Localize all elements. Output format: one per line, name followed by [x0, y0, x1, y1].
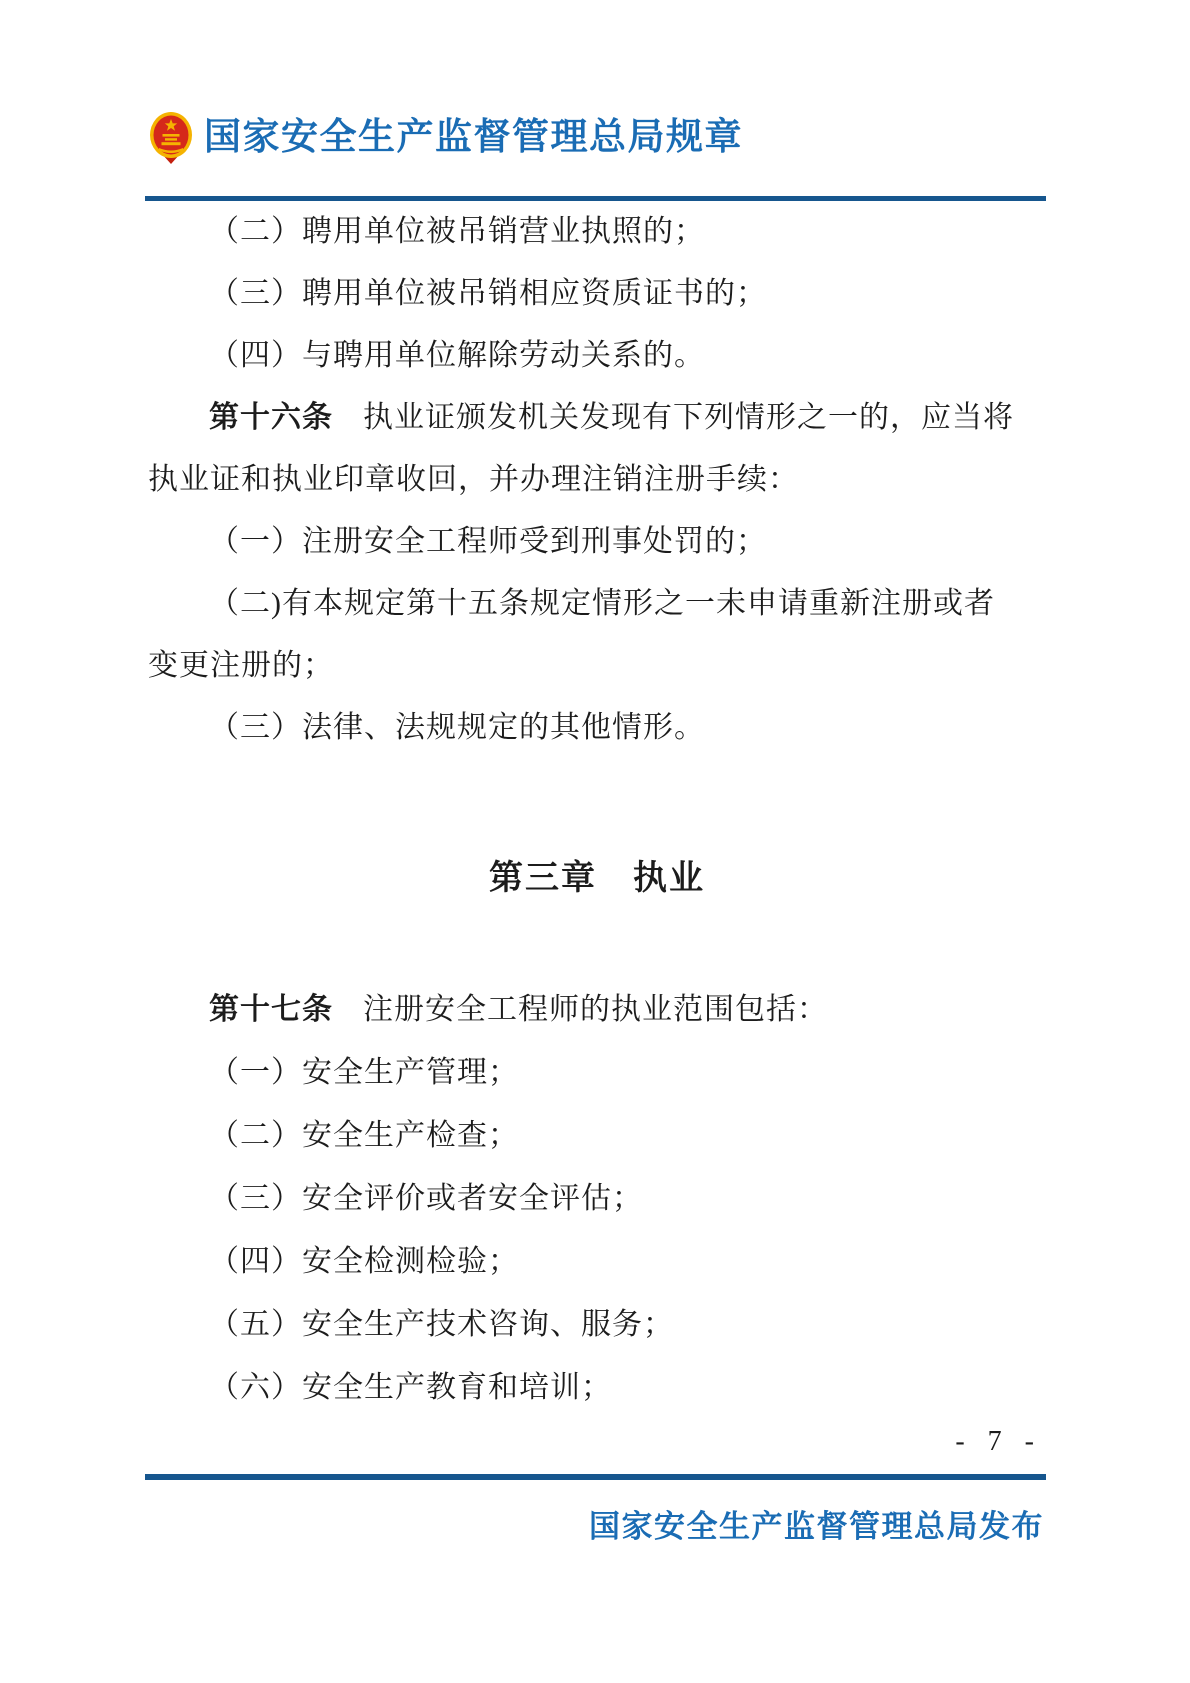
document-page: 国家安全生产监督管理总局规章 （二）聘用单位被吊销营业执照的； （三）聘用单位被…	[0, 0, 1190, 1683]
article-text: 执业证颁发机关发现有下列情形之一的，应当将	[363, 401, 1014, 434]
scope-item: （四）安全检测检验；	[148, 1230, 1046, 1293]
paragraph-continuation: 执业证和执业印章收回，并办理注销注册手续：	[148, 449, 1046, 511]
footer-publisher: 国家安全生产监督管理总局发布	[589, 1501, 1044, 1546]
footer-divider	[145, 1474, 1046, 1480]
paragraph-continuation: 变更注册的；	[148, 635, 1046, 697]
scope-item: （一）安全生产管理；	[148, 1041, 1046, 1104]
list-item: （二)有本规定第十五条规定情形之一未申请重新注册或者	[148, 573, 1046, 635]
article-line: 第十六条执业证颁发机关发现有下列情形之一的，应当将	[148, 387, 1046, 449]
scope-item: （六）安全生产教育和培训；	[148, 1356, 1046, 1419]
china-national-emblem-icon	[147, 110, 195, 166]
article-line: 第十七条注册安全工程师的执业范围包括：	[148, 979, 1046, 1041]
header-title: 国家安全生产监督管理总局规章	[204, 110, 743, 166]
scope-item: （三）安全评价或者安全评估；	[148, 1167, 1046, 1230]
article-number: 第十七条	[209, 993, 333, 1026]
list-item: （三）聘用单位被吊销相应资质证书的；	[148, 263, 1046, 325]
scope-item: （五）安全生产技术咨询、服务；	[148, 1293, 1046, 1356]
list-item: （一）注册安全工程师受到刑事处罚的；	[148, 511, 1046, 573]
document-header: 国家安全生产监督管理总局规章	[147, 110, 743, 166]
scope-item: （二）安全生产检查；	[148, 1104, 1046, 1167]
chapter-heading: 第三章 执业	[148, 847, 1046, 909]
page-number: - 7 -	[955, 1426, 1042, 1458]
list-item: （二）聘用单位被吊销营业执照的；	[148, 201, 1046, 263]
article-text: 注册安全工程师的执业范围包括：	[363, 993, 828, 1026]
document-body: （二）聘用单位被吊销营业执照的； （三）聘用单位被吊销相应资质证书的； （四）与…	[148, 201, 1046, 1419]
list-item: （三）法律、法规规定的其他情形。	[148, 697, 1046, 759]
list-item: （四）与聘用单位解除劳动关系的。	[148, 325, 1046, 387]
article-number: 第十六条	[209, 401, 333, 434]
